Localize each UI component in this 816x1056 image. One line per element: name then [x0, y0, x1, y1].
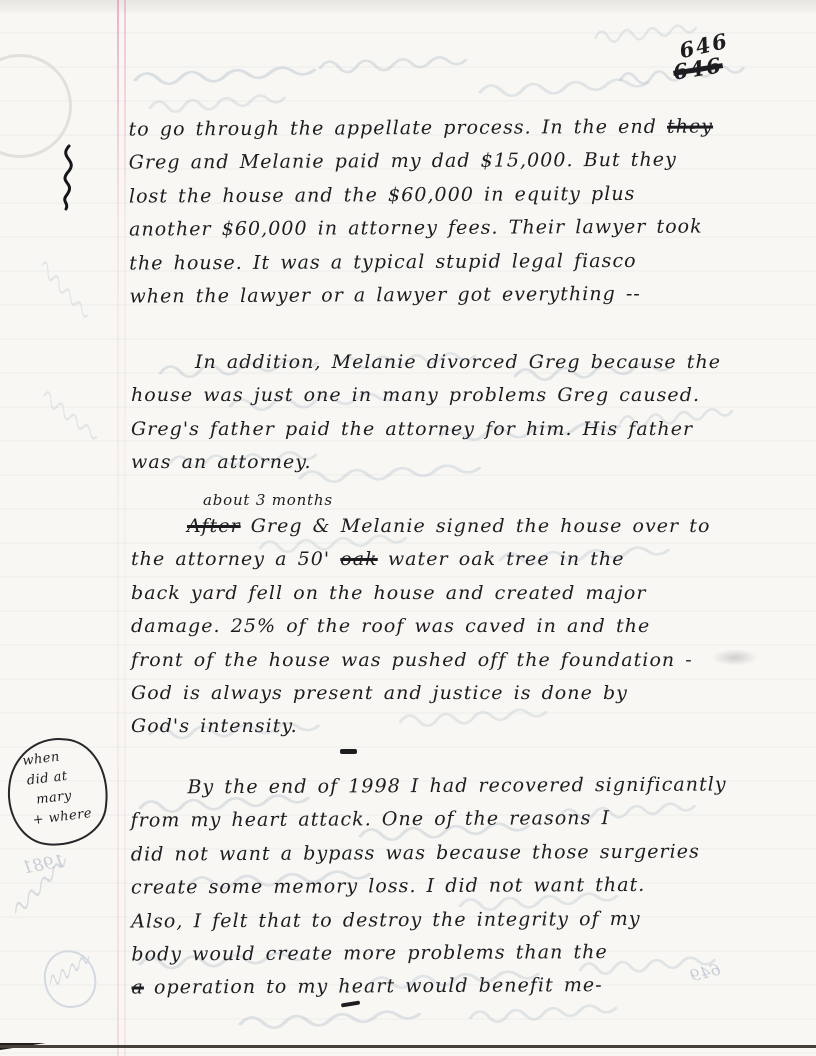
page-number-crossed-out: 646	[671, 52, 724, 84]
handwritten-line: After Greg & Melanie signed the house ov…	[187, 510, 710, 543]
margin-rule-line	[117, 0, 119, 1056]
bleed-year-note: 1981	[21, 851, 67, 878]
bleed-circled-mark	[40, 947, 100, 1012]
handwritten-line: to go through the appellate process. In …	[128, 110, 713, 146]
margin-note-text: when did at mary + where	[21, 744, 93, 831]
scan-top-edge	[0, 0, 816, 13]
handwritten-line: create some memory loss. I did not want …	[131, 869, 727, 906]
margin-rule-line-2	[124, 0, 126, 1056]
handwritten-line: was an attorney.	[131, 446, 721, 479]
gray-smudge	[712, 649, 758, 666]
handwritten-line: did not want a bypass was because those …	[131, 835, 727, 872]
paragraph-heart-attack: By the end of 1998 I had recovered signi…	[130, 768, 727, 1005]
handwritten-line: house was just one in many problems Greg…	[131, 379, 721, 412]
handwritten-line: Greg's father paid the attorney for him.…	[131, 413, 721, 446]
handwritten-line: when the lawyer or a lawyer got everythi…	[129, 277, 714, 313]
handwritten-line: front of the house was pushed off the fo…	[131, 644, 710, 677]
handwritten-line: lost the house and the $60,000 in equity…	[129, 177, 714, 213]
handwritten-line: a operation to my heart would benefit me…	[131, 969, 727, 1006]
handwritten-line: from my heart attack. One of the reasons…	[131, 802, 727, 839]
handwritten-line: the house. It was a typical stupid legal…	[129, 244, 714, 280]
paragraph-divorce: In addition, Melanie divorced Greg becau…	[131, 346, 721, 480]
handwritten-line: God is always present and justice is don…	[131, 677, 710, 710]
handwritten-line: Also, I felt that to destroy the integri…	[131, 902, 727, 939]
circled-margin-note: when did at mary + where	[8, 738, 108, 846]
paragraph-oak-tree: After Greg & Melanie signed the house ov…	[131, 510, 710, 744]
handwritten-line: damage. 25% of the roof was caved in and…	[131, 610, 710, 643]
handwritten-line: another $60,000 in attorney fees. Their …	[129, 211, 714, 247]
inserted-note: about 3 months	[203, 491, 333, 509]
separator-dash	[340, 749, 357, 754]
scan-bottom-edge	[0, 1043, 816, 1049]
handwritten-line: body would create more problems than the	[131, 935, 727, 972]
handwritten-line: God's intensity.	[131, 710, 710, 743]
paragraph-appellate-process: to go through the appellate process. In …	[128, 110, 714, 313]
handwritten-line: the attorney a 50' oak water oak tree in…	[131, 543, 710, 576]
handwritten-line: By the end of 1998 I had recovered signi…	[187, 768, 726, 804]
handwritten-line: Greg and Melanie paid my dad $15,000. Bu…	[129, 144, 714, 180]
margin-scribble	[52, 142, 84, 212]
handwritten-line: In addition, Melanie divorced Greg becau…	[195, 346, 721, 379]
handwritten-line: back yard fell on the house and created …	[131, 577, 710, 610]
scanned-handwritten-page: 646 646 to go through the appellate proc…	[0, 0, 816, 1056]
